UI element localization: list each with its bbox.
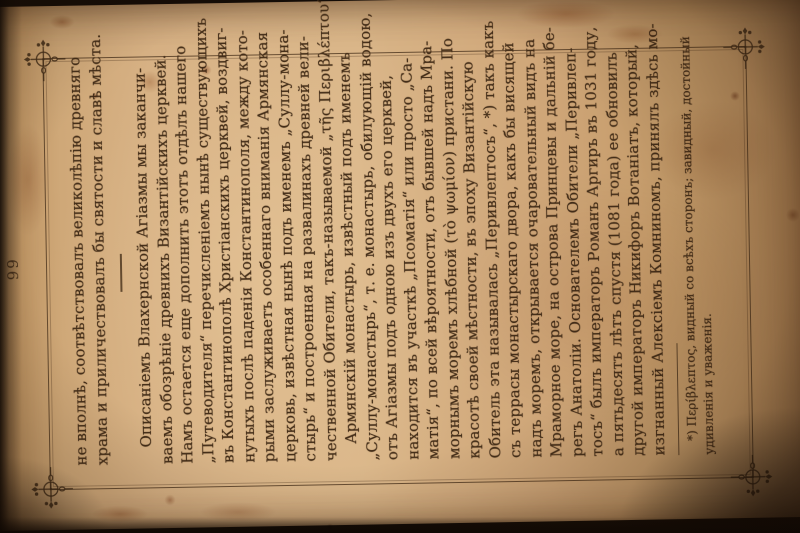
photo-canvas: 99 — [0, 0, 800, 533]
page-text: не вполнѣ, соотвѣтствовалъ великолѣпію д… — [65, 71, 719, 466]
section-divider — [120, 254, 123, 292]
corner-ornament-top-right-icon — [21, 37, 66, 82]
corner-ornament-bottom-right-icon — [723, 25, 768, 70]
corner-ornament-top-left-icon — [29, 467, 74, 512]
intro-paragraph: не вполнѣ, соотвѣтствовалъ великолѣпію д… — [65, 81, 113, 466]
corner-ornament-bottom-left-icon — [730, 454, 775, 499]
footnote-rule — [676, 343, 679, 455]
page-number: 99 — [0, 7, 27, 531]
book-page: 99 — [0, 0, 800, 531]
paragraph-2: Армянскій монастырь, извѣстный подъ имен… — [335, 71, 670, 461]
paragraph-1: Описаніемъ Влахернской Агіазмы мы заканч… — [130, 77, 342, 465]
footnote: *) Περίβλεπτος, видный со всѣхъ сторонъ;… — [678, 71, 719, 456]
